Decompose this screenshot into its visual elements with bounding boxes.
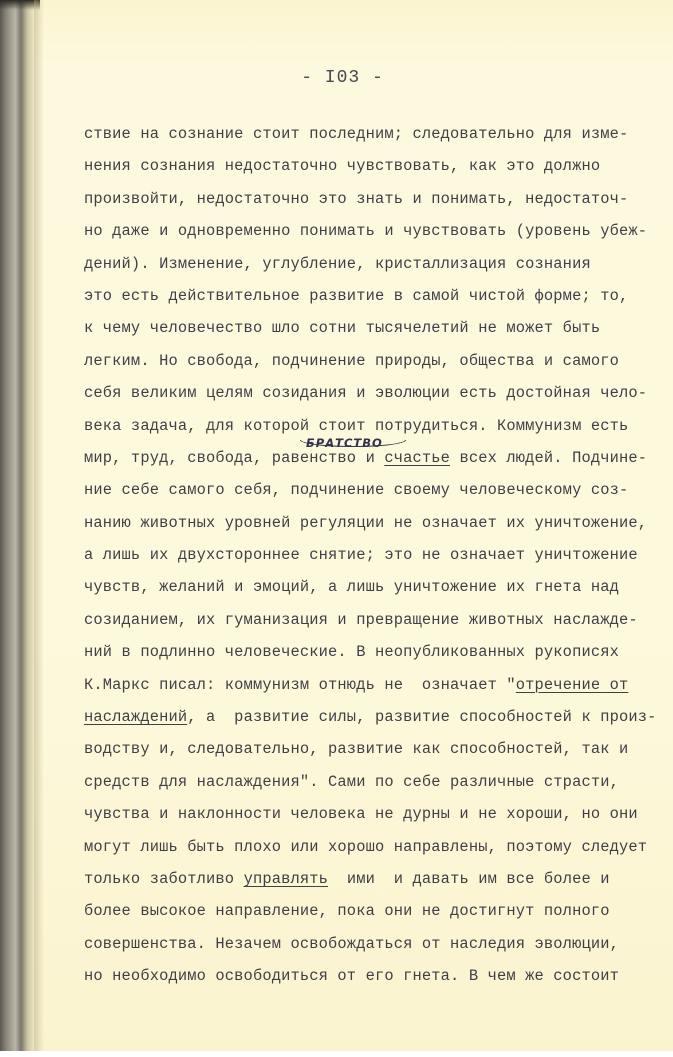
binding-edge — [0, 0, 34, 1057]
text-segment: только заботливо — [84, 870, 244, 888]
underlined-text: отречение от — [516, 676, 629, 694]
document-page: - I03 - ствие на сознание стоит последни… — [0, 0, 673, 1057]
underlined-text: управлять — [244, 870, 328, 888]
text-line: водству и, следовательно, развитие как с… — [84, 733, 664, 765]
page-edge-shadow — [34, 0, 44, 1057]
text-line: себя великим целям созидания и эволюции … — [84, 377, 664, 409]
text-line: ние себе самого себя, подчинение своему … — [84, 474, 664, 506]
text-segment: , а развитие силы, развитие способностей… — [187, 708, 656, 726]
text-line: произвойти, недостаточно это знать и пон… — [84, 183, 664, 215]
text-line: нанию животных уровней регуляции не озна… — [84, 507, 664, 539]
text-segment: всех людей. Подчине- — [450, 449, 647, 467]
text-line: а лишь их двухстороннее снятие; это не о… — [84, 539, 664, 571]
text-line: средств для наслаждения". Сами по себе р… — [84, 766, 664, 798]
text-line: дений). Изменение, углубление, кристалли… — [84, 248, 664, 280]
text-line: это есть действительное развитие в самой… — [84, 280, 664, 312]
scan-border — [0, 1051, 673, 1057]
text-line: К.Маркс писал: коммунизм отнюдь не означ… — [84, 669, 664, 701]
underlined-text: счастье — [384, 449, 450, 467]
underlined-text: наслаждений — [84, 708, 187, 726]
text-line: к чему человечество шло сотни тысячелети… — [84, 312, 664, 344]
text-line: но даже и одновременно понимать и чувств… — [84, 215, 664, 247]
text-line: легким. Но свобода, подчинение природы, … — [84, 345, 664, 377]
text-line: но необходимо освободиться от его гнета.… — [84, 960, 664, 992]
text-line: чувств, желаний и эмоций, а лишь уничтож… — [84, 571, 664, 603]
typewritten-body: ствие на сознание стоит последним; следо… — [84, 118, 664, 993]
text-line: ний в подлинно человеческие. В неопублик… — [84, 636, 664, 668]
text-line: чувства и наклонности человека не дурны … — [84, 798, 664, 830]
text-line: более высокое направление, пока они не д… — [84, 895, 664, 927]
page-number: - I03 - — [0, 68, 673, 88]
text-line: совершенства. Незачем освобождаться от н… — [84, 928, 664, 960]
text-segment: ими и давать им все более и — [328, 870, 610, 888]
text-line: могут лишь быть плохо или хорошо направл… — [84, 831, 664, 863]
text-line: созиданием, их гуманизация и превращение… — [84, 604, 664, 636]
text-line: ствие на сознание стоит последним; следо… — [84, 118, 664, 150]
text-line: наслаждений, а развитие силы, развитие с… — [84, 701, 664, 733]
text-line: мир, труд, свобода, равенство и счастье … — [84, 442, 664, 474]
text-line: нения сознания недостаточно чувствовать,… — [84, 150, 664, 182]
text-line: только заботливо управлять ими и давать … — [84, 863, 664, 895]
text-segment: К.Маркс писал: коммунизм отнюдь не означ… — [84, 676, 516, 694]
